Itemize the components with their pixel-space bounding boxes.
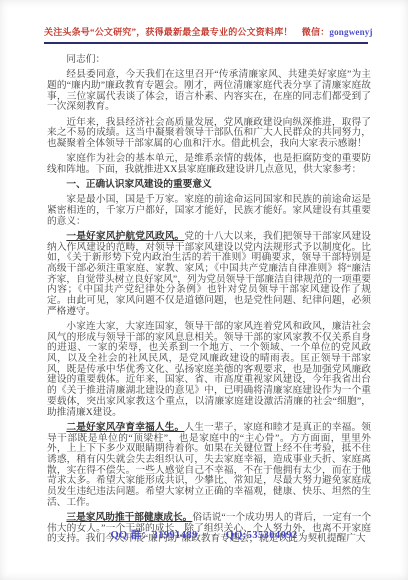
paragraph-small-big-family: 小家连大家，大家连国家，领导干部的家风连着党风和政风，廉洁社会风气的形成与领导干… [47,322,371,418]
qq-number: QQ:535304092 [226,530,298,541]
document-page: 关注头条号“公文研究”，获得最新最全最专业的公文资料库！ 微信：gongweny… [0,0,408,580]
document-body: 同志们： 经县委同意，今天我们在这里召开“传承清廉家风、共建美好家庭”为主题的“… [47,55,371,545]
paragraph-family-country: 家是最小国，国是千万家。家庭的前途命运同国家和民族的前途命运是紧密相连的，千家万… [47,195,371,227]
page-footer: QQ 群：31991489QQ:535304092 [0,527,408,542]
run-in-heading-3: 三是家风助推干部健康成长。 [66,512,192,523]
paragraph-point-2: 二是好家风孕育幸福人生。人生一辈子，家庭和睦才是真正的幸福。领导干部既是单位的“… [47,423,371,509]
salutation: 同志们： [47,55,371,66]
paragraph-point-1: 一是好家风护航党风政风。党的十八大以来，我们把领导干部家风建设纳入作风建设的范畴… [47,232,371,318]
paragraph-intro: 经县委同意，今天我们在这里召开“传承清廉家风、共建美好家庭”为主题的“廉内助”廉… [47,70,371,113]
wechat-id: gongwenyj [329,27,372,37]
paragraph-point-2-text: 人生一辈子，家庭和睦才是真正的幸福。领导干部既是单位的“顶梁柱”，也是家庭中的“… [47,422,371,508]
run-in-heading-1: 一是好家风护航党风政风。 [66,231,184,242]
paragraph-thanks: 近年来，我县经济社会高质量发展，党风廉政建设向纵深推进，取得了来之不易的成绩。这… [47,118,371,150]
paragraph-point-1-text: 党的十八大以来，我们把领导干部家风建设纳入作风建设的范畴，对领导干部家风建设以党… [47,231,371,317]
paragraph-family-unit: 家庭作为社会的基本单元，是维系亲情的载体，也是拒腐防变的重要防线和阵地。下面，我… [47,154,371,175]
promo-banner-text: 关注头条号“公文研究”，获得最新最全最专业的公文资料库！ 微信： [44,27,329,37]
section-heading-1: 一、正确认识家风建设的重要意义 [47,180,371,191]
promo-banner: 关注头条号“公文研究”，获得最新最全最专业的公文资料库！ 微信：gongweny… [44,25,368,44]
run-in-heading-2: 二是好家风孕育幸福人生。 [66,422,184,433]
qq-group-number: QQ 群：31991489 [110,530,197,541]
